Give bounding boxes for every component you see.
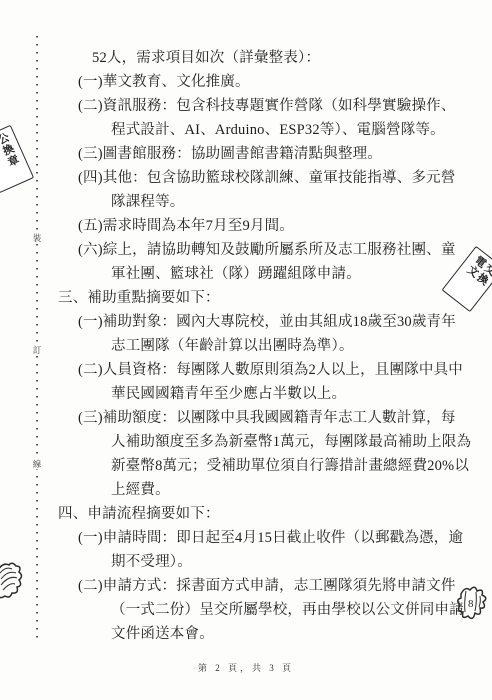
seal-scribble-bottom-left-icon [0, 560, 27, 604]
document-line: 四、申請流程摘要如下： [0, 502, 492, 526]
document-line: 上經費。 [0, 478, 492, 502]
document-line: 軍社團、籃球社（隊）踴躍組隊申請。 [0, 262, 492, 286]
document-line: (二)資訊服務：包含科技專題實作營隊（如科學實驗操作、 [0, 94, 492, 118]
document-line: （一式二份）呈交所屬學校，再由學校以公文併同申請 [0, 598, 492, 622]
document-line: (四)其他：包含協助籃球校隊訓練、童軍技能指導、多元營 [0, 166, 492, 190]
document-line: 新臺幣8萬元；受補助單位須自行籌措計畫總經費20%以 [0, 454, 492, 478]
document-line: 三、補助重點摘要如下： [0, 286, 492, 310]
document-line: 人補助額度至多為新臺幣1萬元，每團隊最高補助上限為 [0, 430, 492, 454]
document-line: (一)補助對象：國內大專院校，並由其組成18歲至30歲青年 [0, 310, 492, 334]
document-line: 華民國國籍青年至少應占半數以上。 [0, 382, 492, 406]
scanned-official-document-page: 裝 訂 線 52人，需求項目如次（詳彙整表）：(一)華文教育、文化推廣。(二)資… [0, 0, 492, 700]
document-line: (三)圖書館服務：協助圖書館書籍清點與整理。 [0, 142, 492, 166]
document-line: (六)綜上，請協助轉知及鼓勵所屬系所及志工服務社團、童 [0, 238, 492, 262]
document-line: 志工團隊（年齡計算以出團時為準）。 [0, 334, 492, 358]
document-line: 隊課程等。 [0, 190, 492, 214]
document-line: 文件函送本會。 [0, 622, 492, 646]
document-line: (二)人員資格：每團隊人數原則須為2人以上，且團隊中具中 [0, 358, 492, 382]
document-line: (三)補助額度：以團隊中具我國國籍青年志工人數計算，每 [0, 406, 492, 430]
document-line: 期不受理）。 [0, 550, 492, 574]
document-lines: 52人，需求項目如次（詳彙整表）：(一)華文教育、文化推廣。(二)資訊服務：包含… [0, 46, 492, 646]
document-line: (二)申請方式：採書面方式申請，志工團隊須先將申請文件 [0, 574, 492, 598]
document-line: (一)華文教育、文化推廣。 [0, 70, 492, 94]
document-line: 程式設計、AI、Arduino、ESP32等）、電腦營隊等。 [0, 118, 492, 142]
document-line: 52人，需求項目如次（詳彙整表）： [0, 46, 492, 70]
seal-scribble-bottom-right-icon: 8 [453, 582, 491, 632]
document-line: (五)需求時間為本年7月至9月間。 [0, 214, 492, 238]
page-number-footer: 第 2 頁，共 3 頁 [0, 661, 492, 674]
document-line: (一)申請時間：即日起至4月15日截止收件（以郵戳為憑，逾 [0, 526, 492, 550]
stamp-digit: 8 [468, 598, 474, 610]
stamp-text-right-column: 公換章 [0, 132, 20, 170]
